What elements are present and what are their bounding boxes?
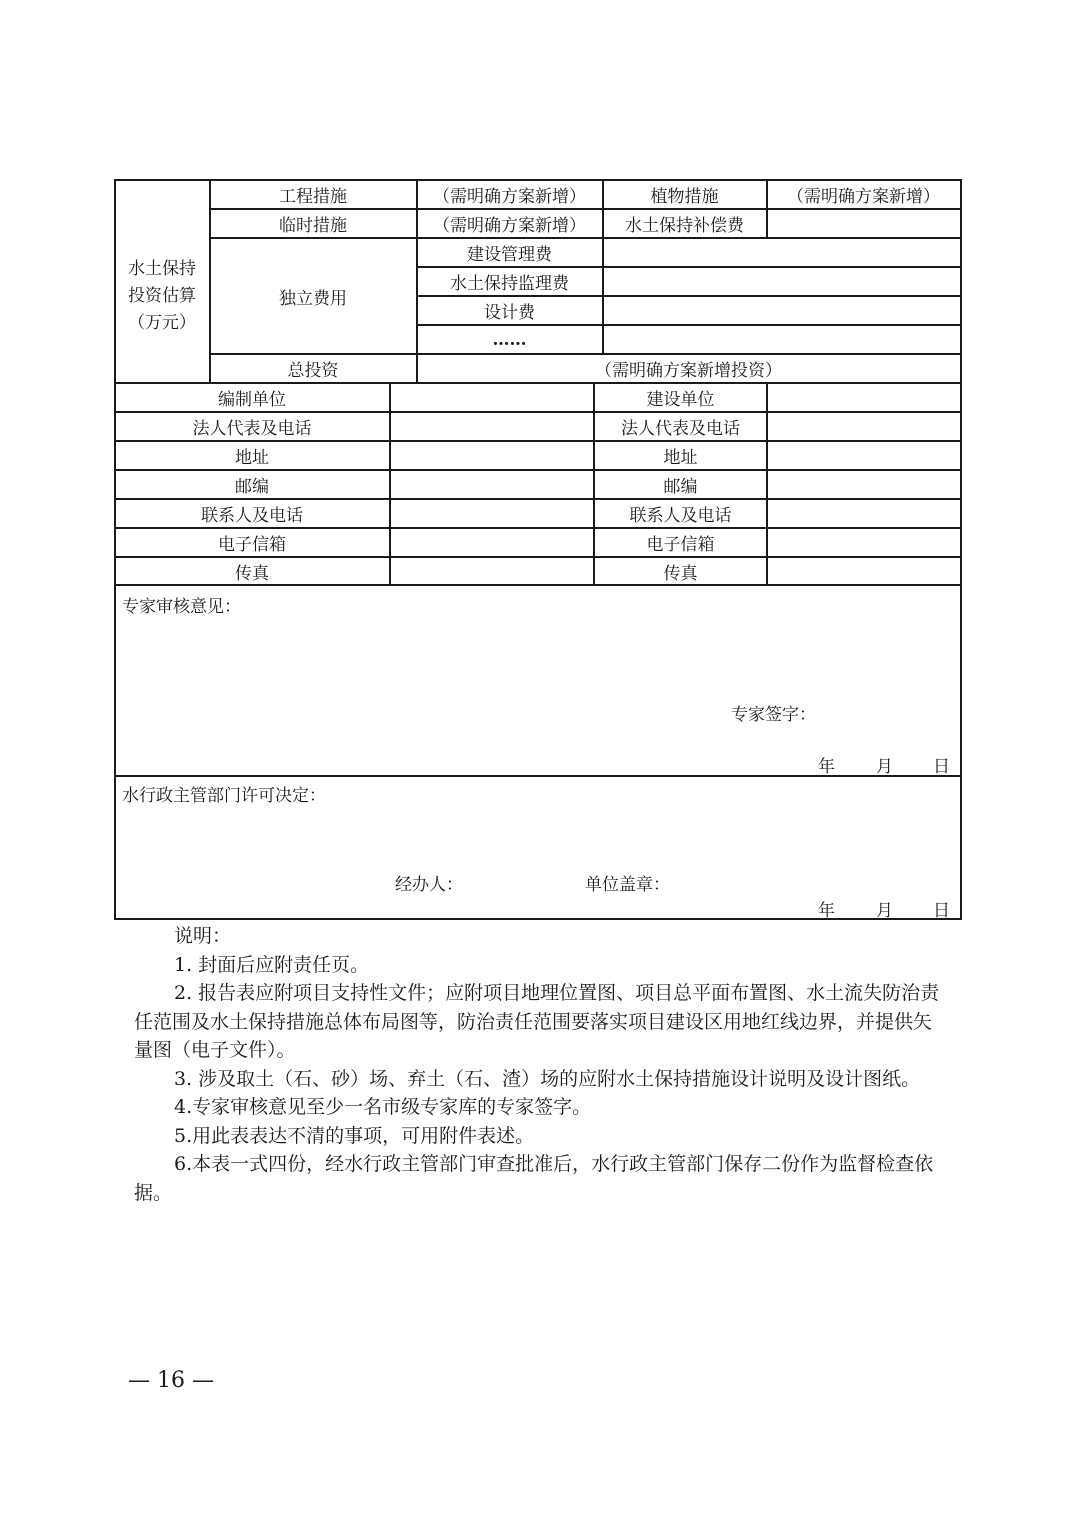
builder-address-field[interactable] xyxy=(768,441,960,470)
expert-date-year: 年 xyxy=(818,752,835,777)
preparer-email-label: 电子信箱 xyxy=(115,528,389,557)
investment-section-label: 水土保持 投资估算 （万元） xyxy=(114,238,210,354)
preparer-legal-rep-label: 法人代表及电话 xyxy=(115,412,389,441)
expert-date-month: 月 xyxy=(876,752,893,777)
preparer-contact-field[interactable] xyxy=(391,499,593,528)
authority-date-day: 日 xyxy=(933,896,950,921)
builder-legal-rep-field[interactable] xyxy=(768,412,960,441)
note-item: 6.本表一式四份，经水行政主管部门审查批准后，水行政主管部门保存二份作为监督检查… xyxy=(134,1150,949,1207)
preparer-address-field[interactable] xyxy=(391,441,593,470)
handler-label: 经办人： xyxy=(395,870,463,895)
page-number: — 16 — xyxy=(128,1368,214,1393)
preparer-postcode-field[interactable] xyxy=(391,470,593,499)
preparer-address-label: 地址 xyxy=(115,441,389,470)
builder-unit-label: 建设单位 xyxy=(595,383,766,412)
construction-management-fee-value[interactable] xyxy=(603,238,960,267)
label-line: （万元） xyxy=(128,310,196,337)
seal-label: 单位盖章： xyxy=(585,870,670,895)
more-items-value[interactable] xyxy=(603,325,960,354)
preparer-legal-rep-field[interactable] xyxy=(391,412,593,441)
notes-section: 说明： 1. 封面后应附责任页。 2. 报告表应附项目支持性文件；应附项目地理位… xyxy=(134,922,949,1207)
notes-title: 说明： xyxy=(134,922,949,951)
builder-email-field[interactable] xyxy=(768,528,960,557)
builder-postcode-field[interactable] xyxy=(768,470,960,499)
design-fee-value[interactable] xyxy=(603,296,960,325)
engineering-measures-value[interactable]: （需明确方案新增） xyxy=(417,180,602,209)
builder-unit-field[interactable] xyxy=(768,383,960,412)
expert-signature-label: 专家签字： xyxy=(731,700,816,725)
note-item: 4.专家审核意见至少一名市级专家库的专家签字。 xyxy=(134,1093,949,1122)
note-item: 2. 报告表应附项目支持性文件；应附项目地理位置图、项目总平面布置图、水土流失防… xyxy=(134,979,949,1065)
builder-email-label: 电子信箱 xyxy=(595,528,766,557)
total-investment-label: 总投资 xyxy=(210,354,416,383)
label-line: 水土保持 xyxy=(128,256,196,283)
table-border-right xyxy=(960,179,962,920)
more-items-ellipsis: …… xyxy=(417,325,602,354)
plant-measures-label: 植物措施 xyxy=(603,180,766,209)
preparer-fax-field[interactable] xyxy=(391,557,593,585)
expert-review-label: 专家审核意见： xyxy=(122,592,241,617)
preparer-unit-label: 编制单位 xyxy=(115,383,389,412)
builder-contact-field[interactable] xyxy=(768,499,960,528)
preparer-postcode-label: 邮编 xyxy=(115,470,389,499)
plant-measures-value[interactable]: （需明确方案新增） xyxy=(767,180,960,209)
note-item: 1. 封面后应附责任页。 xyxy=(134,951,949,980)
expert-date-day: 日 xyxy=(933,752,950,777)
preparer-email-field[interactable] xyxy=(391,528,593,557)
compensation-fee-label: 水土保持补偿费 xyxy=(603,209,766,238)
preparer-unit-field[interactable] xyxy=(391,383,593,412)
note-item: 3. 涉及取土（石、砂）场、弃土（石、渣）场的应附水土保持措施设计说明及设计图纸… xyxy=(134,1065,949,1094)
authority-decision-label: 水行政主管部门许可决定： xyxy=(122,781,326,806)
builder-fax-field[interactable] xyxy=(768,557,960,585)
authority-date-year: 年 xyxy=(818,896,835,921)
preparer-contact-label: 联系人及电话 xyxy=(115,499,389,528)
label-line: 投资估算 xyxy=(128,283,196,310)
construction-management-fee-label: 建设管理费 xyxy=(417,238,602,267)
temporary-measures-value[interactable]: （需明确方案新增） xyxy=(417,209,602,238)
authority-date-month: 月 xyxy=(876,896,893,921)
builder-postcode-label: 邮编 xyxy=(595,470,766,499)
design-fee-label: 设计费 xyxy=(417,296,602,325)
independent-costs-label: 独立费用 xyxy=(210,238,416,354)
builder-contact-label: 联系人及电话 xyxy=(595,499,766,528)
builder-address-label: 地址 xyxy=(595,441,766,470)
builder-fax-label: 传真 xyxy=(595,557,766,585)
preparer-fax-label: 传真 xyxy=(115,557,389,585)
temporary-measures-label: 临时措施 xyxy=(210,209,416,238)
builder-legal-rep-label: 法人代表及电话 xyxy=(595,412,766,441)
supervision-fee-label: 水土保持监理费 xyxy=(417,267,602,296)
engineering-measures-label: 工程措施 xyxy=(210,180,416,209)
supervision-fee-value[interactable] xyxy=(603,267,960,296)
total-investment-value[interactable]: （需明确方案新增投资） xyxy=(417,354,960,383)
compensation-fee-value[interactable] xyxy=(767,209,960,238)
note-item: 5.用此表表达不清的事项，可用附件表述。 xyxy=(134,1122,949,1151)
